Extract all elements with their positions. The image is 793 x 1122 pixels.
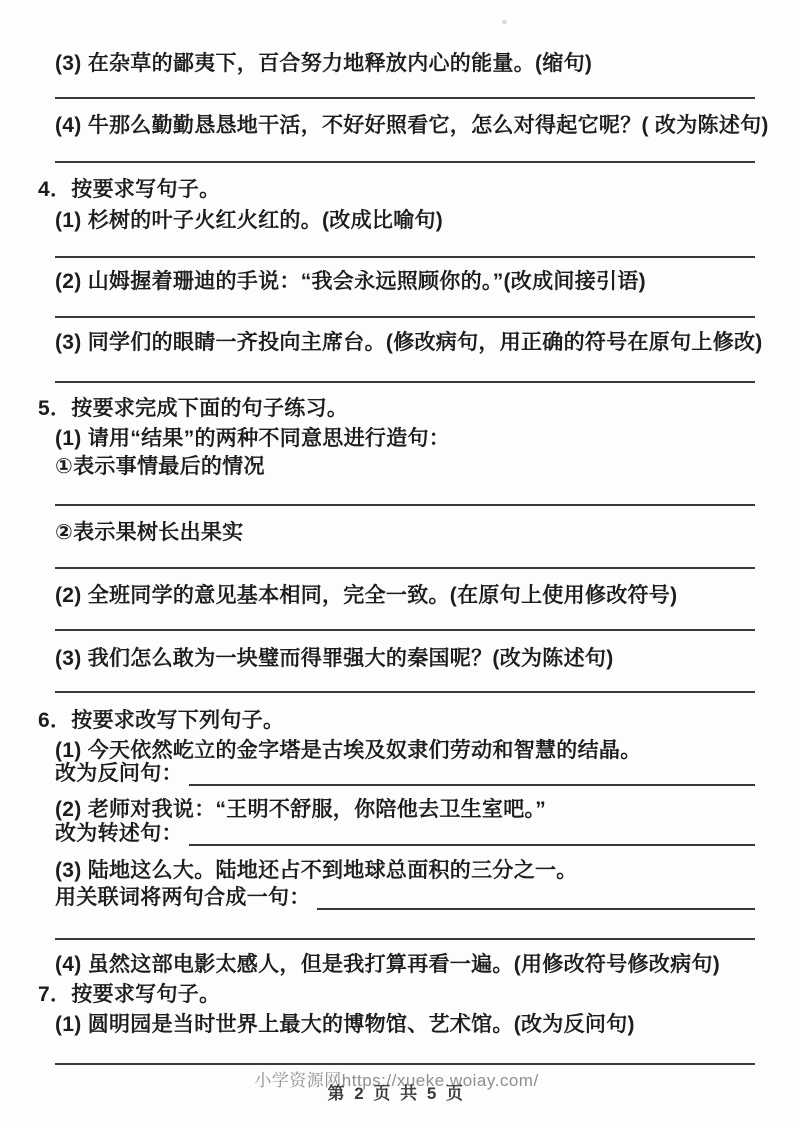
question-5-item-1-sub-1: ①表示事情最后的情况: [55, 454, 265, 479]
question-5-item-1: (1) 请用“结果”的两种不同意思进行造句：: [55, 426, 450, 451]
question-4-item-3: (3) 同学们的眼睛一齐投向主席台。(修改病句，用正确的符号在原句上修改): [55, 330, 763, 355]
answer-blank: [189, 818, 755, 846]
question-3-item-4: (4) 牛那么勤勤恳恳地干活，不好好照看它，怎么对得起它呢？( 改为陈述句): [55, 113, 769, 138]
worksheet-page: (3) 在杂草的鄙夷下，百合努力地释放内心的能量。(缩句) (4) 牛那么勤勤恳…: [0, 0, 793, 1122]
answer-line: [55, 691, 755, 693]
question-5-item-2: (2) 全班同学的意见基本相同，完全一致。(在原句上使用修改符号): [55, 583, 677, 608]
question-5-item-3: (3) 我们怎么敢为一块璧而得罪强大的秦国呢？(改为陈述句): [55, 646, 613, 671]
question-4-item-2: (2) 山姆握着珊迪的手说：“我会永远照顾你的。”(改成间接引语): [55, 269, 646, 294]
question-5-title: 5．按要求完成下面的句子练习。: [38, 396, 348, 421]
answer-line: [55, 97, 755, 99]
question-7-item-1: (1) 圆明园是当时世界上最大的博物馆、艺术馆。(改为反问句): [55, 1012, 635, 1037]
answer-line: [55, 567, 755, 569]
answer-blank: [189, 758, 755, 786]
question-6-title: 6．按要求改写下列句子。: [38, 708, 284, 733]
answer-line: [55, 629, 755, 631]
question-6-item-4: (4) 虽然这部电影太感人，但是我打算再看一遍。(用修改符号修改病句): [55, 952, 720, 977]
rewrite-label: 改为转述句：: [55, 821, 183, 846]
rewrite-label: 改为反问句：: [55, 761, 183, 786]
question-6-item-3-answer-row: 用关联词将两句合成一句：: [55, 884, 755, 910]
question-4-item-1: (1) 杉树的叶子火红火红的。(改成比喻句): [55, 208, 443, 233]
question-6-item-3: (3) 陆地这么大。陆地还占不到地球总面积的三分之一。: [55, 858, 578, 883]
question-3-item-3: (3) 在杂草的鄙夷下，百合努力地释放内心的能量。(缩句): [55, 51, 592, 76]
answer-line: [55, 316, 755, 318]
question-6-item-1-answer-row: 改为反问句：: [55, 760, 755, 786]
answer-blank: [317, 882, 755, 910]
question-7-title: 7．按要求写句子。: [38, 982, 220, 1007]
question-6-item-2-answer-row: 改为转述句：: [55, 820, 755, 846]
question-4-title: 4．按要求写句子。: [38, 177, 220, 202]
page-number-indicator: 第 2 页 共 5 页: [0, 1079, 793, 1104]
answer-line: [55, 504, 755, 506]
scan-artifact-dot: [502, 20, 507, 24]
answer-line: [55, 256, 755, 258]
answer-line: [55, 381, 755, 383]
answer-line: [55, 938, 755, 940]
answer-line: [55, 161, 755, 163]
question-5-item-1-sub-2: ②表示果树长出果实: [55, 520, 243, 545]
answer-line: [55, 1063, 755, 1065]
rewrite-label: 用关联词将两句合成一句：: [55, 885, 311, 910]
